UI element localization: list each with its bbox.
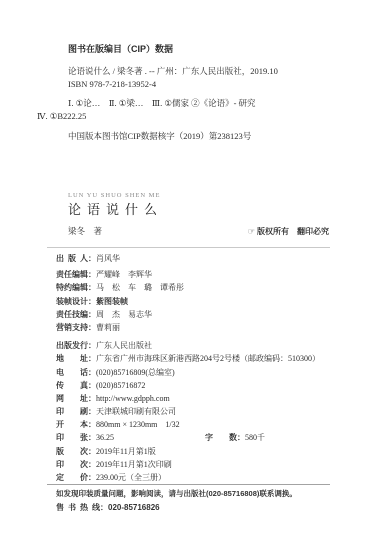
credit-row: 传真：(020)85716872 — [56, 379, 335, 392]
credit-pair-word-count: 字数：580千 — [205, 431, 265, 444]
credit-row-price: 定价：239.00元（全三册） — [56, 471, 335, 484]
credit-value: 2019年11月第1次印刷 — [96, 460, 172, 469]
credit-label: 装帧设计 — [56, 295, 88, 308]
credit-row: 特约编辑：马 松 车 璐 谭希彤 — [56, 281, 335, 294]
credit-label: 电话 — [56, 366, 88, 379]
credit-label: 出版人 — [56, 252, 88, 265]
label-colon: ： — [88, 354, 96, 363]
credit-row: 地址：广东省广州市海珠区新港西路204号2号楼（邮政编码：510300） — [56, 352, 335, 365]
credit-row: 网址：http://www.gdpph.com — [56, 392, 335, 405]
credit-value: (020)85716872 — [96, 381, 145, 390]
title-block: LUN YU SHUO SHEN ME 论语说什么 梁冬 著 ☞版权所有 翻印必… — [68, 192, 329, 237]
label-colon: ： — [88, 297, 96, 306]
credit-value: 2019年11月第1版 — [96, 447, 156, 456]
credit-value: 580千 — [245, 433, 265, 442]
credit-value: 36.25 — [96, 433, 114, 442]
label-colon: ： — [88, 368, 96, 377]
credit-value: 广东人民出版社 — [96, 341, 152, 350]
footer-block: 如发现印装质量问题，影响阅读，请与出版社(020-85716808)联系调换。 … — [56, 489, 335, 513]
credit-row: 版次：2019年11月第1版 — [56, 445, 335, 458]
credit-label: 地址 — [56, 352, 88, 365]
label-colon: ： — [88, 310, 96, 319]
credit-label: 传真 — [56, 379, 88, 392]
credit-row: 责任技编：周 杰 易志华 — [56, 308, 335, 321]
credit-label: 印张 — [56, 431, 88, 444]
cip-classification-line-1: Ⅰ. ①论… Ⅱ. ①梁… Ⅲ. ①儒家 ②《论语》- 研究 — [68, 97, 335, 110]
credit-row: 印次：2019年11月第1次印刷 — [56, 458, 335, 471]
hotline-number: 020-85716826 — [108, 503, 160, 512]
label-colon: ： — [100, 503, 108, 512]
credit-value: (020)85716809(总编室) — [96, 368, 175, 377]
credit-row: 印刷：天津联城印刷有限公司 — [56, 405, 335, 418]
hand-pointer-icon: ☞ — [248, 227, 255, 236]
label-colon: ： — [88, 270, 96, 279]
author-name: 梁冬 著 — [68, 225, 102, 237]
publishing-group: 出版发行：广东人民出版社 地址：广东省广州市海珠区新港西路204号2号楼（邮政编… — [56, 339, 335, 484]
credit-value: 紫图装帧 — [96, 297, 128, 306]
cip-record-number: 中国版本图书馆CIP数据核字（2019）第238123号 — [68, 130, 335, 143]
credit-value-website-url: http://www.gdpph.com — [96, 394, 170, 403]
credit-value: 马 松 车 璐 谭希彤 — [96, 283, 184, 292]
label-colon: ： — [88, 341, 96, 350]
credit-label: 责任技编 — [56, 308, 88, 321]
author-row: 梁冬 著 ☞版权所有 翻印必究 — [68, 225, 329, 237]
credit-row: 电话：(020)85716809(总编室) — [56, 366, 335, 379]
cip-classification-line-2: Ⅳ. ①B222.25 — [37, 110, 335, 123]
label-colon: ： — [88, 407, 96, 416]
credit-label: 印次 — [56, 458, 88, 471]
credit-value: 广东省广州市海珠区新港西路204号2号楼（邮政编码：510300） — [96, 354, 320, 363]
label-colon: ： — [88, 381, 96, 390]
quality-notice: 如发现印装质量问题，影响阅读，请与出版社(020-85716808)联系调换。 — [56, 489, 335, 498]
label-colon: ： — [237, 433, 245, 442]
credit-label: 特约编辑 — [56, 281, 88, 294]
credit-label: 营销支持 — [56, 321, 88, 334]
credit-value: 曹莉丽 — [96, 323, 120, 332]
hotline-label: 售书热线 — [56, 502, 100, 513]
credit-value: 严耀峰 李辉华 — [96, 270, 152, 279]
label-colon: ： — [88, 433, 96, 442]
credit-label: 网址 — [56, 392, 88, 405]
divider-bottom — [47, 484, 330, 485]
credit-label: 出版发行 — [56, 339, 88, 352]
cip-isbn: ISBN 978-7-218-13952-4 — [68, 78, 335, 91]
label-colon: ： — [88, 447, 96, 456]
credit-row: 营销支持：曹莉丽 — [56, 321, 335, 334]
title-pinyin: LUN YU SHUO SHEN ME — [68, 192, 329, 200]
credit-label: 责任编辑 — [56, 268, 88, 281]
label-colon: ： — [88, 420, 96, 429]
credits-block: 出版人：肖风华 责任编辑：严耀峰 李辉华 特约编辑：马 松 车 璐 谭希彤 装帧… — [56, 252, 335, 484]
credit-row-sheets-words: 印张：36.25 字数：580千 — [56, 431, 335, 444]
sales-hotline-row: 售书热线：020-85716826 — [56, 502, 335, 513]
divider-top — [47, 247, 330, 248]
credit-row: 装帧设计：紫图装帧 — [56, 295, 335, 308]
cip-description: 论语说什么 / 梁冬著 . -- 广州：广东人民出版社，2019.10 — [68, 65, 335, 78]
label-colon: ： — [88, 254, 96, 263]
credit-row: 责任编辑：严耀峰 李辉华 — [56, 268, 335, 281]
cip-block: 图书在版编目（CIP）数据 论语说什么 / 梁冬著 . -- 广州：广东人民出版… — [68, 43, 335, 143]
credit-value: 天津联城印刷有限公司 — [96, 407, 176, 416]
copyright-notice: ☞版权所有 翻印必究 — [248, 226, 329, 237]
label-colon: ： — [88, 394, 96, 403]
credit-value-price: 239.00元（全三册） — [96, 473, 166, 482]
book-title: 论语说什么 — [68, 201, 329, 218]
credit-row: 开本：880mm × 1230mm 1/32 — [56, 418, 335, 431]
credit-row-publisher-person: 出版人：肖风华 — [56, 252, 335, 265]
credit-label: 版次 — [56, 445, 88, 458]
colophon-page: 图书在版编目（CIP）数据 论语说什么 / 梁冬著 . -- 广州：广东人民出版… — [0, 0, 375, 543]
credit-row: 出版发行：广东人民出版社 — [56, 339, 335, 352]
credit-label: 开本 — [56, 418, 88, 431]
credit-label: 字数 — [205, 431, 237, 444]
label-colon: ： — [88, 283, 96, 292]
credit-value: 880mm × 1230mm 1/32 — [96, 420, 180, 429]
cip-heading: 图书在版编目（CIP）数据 — [68, 43, 335, 56]
copyright-notice-text: 版权所有 翻印必究 — [257, 227, 329, 236]
editorial-group: 责任编辑：严耀峰 李辉华 特约编辑：马 松 车 璐 谭希彤 装帧设计：紫图装帧 … — [56, 268, 335, 334]
label-colon: ： — [88, 473, 96, 482]
credit-label: 印刷 — [56, 405, 88, 418]
credit-label: 定价 — [56, 471, 88, 484]
credit-value: 肖风华 — [96, 254, 120, 263]
label-colon: ： — [88, 460, 96, 469]
credit-value: 周 杰 易志华 — [96, 310, 152, 319]
label-colon: ： — [88, 323, 96, 332]
